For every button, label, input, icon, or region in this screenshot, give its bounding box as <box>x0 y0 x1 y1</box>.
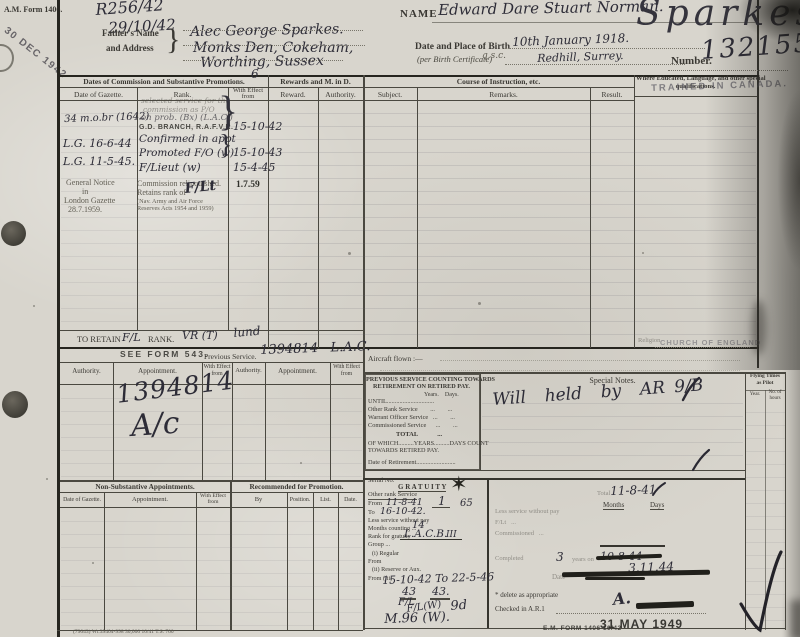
col-authority: Authority. <box>318 91 363 99</box>
col-remarks: Remarks. <box>417 91 590 99</box>
flying-col-hours-2: hours <box>765 396 785 401</box>
to-retain-vr: VR (T) <box>182 330 218 341</box>
surname-value: Sparkes <box>636 0 800 32</box>
retirement-warrant: Warrant Officer Service ... ... <box>368 415 455 422</box>
printers-imprint: (79043) Wt.39404-998 30,000 10/41 T.S. 7… <box>73 630 174 636</box>
ruled-area <box>269 101 756 346</box>
flying-col-hours-1: No. of <box>765 390 785 395</box>
retirement-of-which-2: TOWARDS RETIRED PAY. <box>368 448 439 455</box>
scan-speck <box>642 252 644 254</box>
punch-hole <box>2 391 28 418</box>
delete-as-appropriate-note: * delete as appropriate <box>495 592 558 599</box>
col-ns-wef-2: from <box>196 500 230 506</box>
col-promotion-list: List. <box>313 497 338 503</box>
ink-strike <box>585 577 645 580</box>
gratuity-days-value: 65 <box>460 499 473 509</box>
gratuity-rank-value: L.A.C.B. <box>404 529 447 540</box>
rule-line <box>556 613 706 614</box>
strike-line <box>400 539 462 540</box>
gratuity-from-2: From <box>368 559 381 566</box>
row0-rank-line1: selected service for the <box>141 97 230 105</box>
col-promotion-position: Position. <box>287 497 313 503</box>
ruled-area <box>61 386 362 478</box>
scan-blotch <box>752 300 766 355</box>
gratuity-num-1: 43 <box>402 586 416 597</box>
box-line <box>785 372 786 630</box>
row2-gazette: L.G. 11-5-45. <box>63 156 135 167</box>
birthplace-value: Redhill, Surrey. <box>537 50 624 64</box>
row2-rank: F/Lieut (w) <box>139 162 201 173</box>
rule-line <box>183 60 343 61</box>
scanned-form-page: A.M. Form 1406. 30 DEC 1942 R256/42 29/1… <box>0 0 800 637</box>
settlement-line-3: Commissioned ... <box>495 531 544 538</box>
box-line <box>363 478 745 480</box>
check-mark-icon <box>650 481 668 499</box>
religion-label: Religion <box>638 338 660 345</box>
retirement-title-2: RETIREMENT ON RETIRED PAY. <box>366 384 477 391</box>
fathers-name-label: Father's Name <box>102 29 159 38</box>
table-line <box>634 96 757 97</box>
gratuity-reference: M.96 (W). <box>384 611 450 626</box>
gratuity-serial-label: Serial No. <box>368 478 394 485</box>
row1-gazette: L.G. 16-6-44 <box>63 138 132 149</box>
row0-wef: 15-10-42 <box>233 121 282 132</box>
scan-speck <box>300 462 302 464</box>
col-subject: Subject. <box>363 91 417 99</box>
file-reference: R256/42 <box>95 0 164 18</box>
gratuity-months-value: 1 <box>438 495 446 507</box>
to-retain-label: TO RETAIN <box>77 335 121 344</box>
col-authority-2: Authority. <box>232 368 265 375</box>
col-wef-2a: With Effect <box>330 364 363 370</box>
gratuity-amount: 9d <box>450 599 467 613</box>
rule-line <box>668 70 788 71</box>
check-mark-icon <box>690 448 712 474</box>
previous-service-value: 1394814 L.A.C. <box>260 340 371 357</box>
rule-line <box>183 30 363 31</box>
col-promotion-date: Date. <box>338 497 363 503</box>
col-appointment-2: Appointment. <box>265 368 330 375</box>
check-mark-icon <box>680 376 702 404</box>
row2-wef: 15-4-45 <box>233 162 275 173</box>
punch-hole <box>1 221 26 246</box>
see-form-stamp: SEE FORM 543. <box>120 350 209 359</box>
box-line <box>487 478 489 628</box>
rank-label: RANK. <box>148 335 174 344</box>
scan-speck <box>46 478 48 480</box>
to-retain-note: lund <box>233 325 261 339</box>
table-line <box>60 362 363 363</box>
settlement-line-1: Less service without pay <box>495 509 559 516</box>
rule-line <box>600 545 665 547</box>
scan-blotch <box>790 600 800 637</box>
row3-gazette-line4: 28.7.1959. <box>68 206 102 214</box>
rule-line <box>655 347 750 348</box>
scan-speck <box>92 562 94 564</box>
col-wef-2b: from <box>330 371 363 377</box>
box-line <box>480 372 481 470</box>
scan-speck <box>33 305 35 307</box>
scan-speck <box>478 302 481 305</box>
col-reward: Reward. <box>268 91 318 99</box>
settlement-years-on-label: years on <box>572 557 594 564</box>
retirement-other-rank: Other Rank Service ... ... <box>368 407 452 414</box>
gratuity-group-label: Group ... <box>368 542 390 549</box>
commissions-title: Dates of Commission and Substantive Prom… <box>60 78 268 86</box>
scan-speck <box>348 252 351 255</box>
gratuity-num-2: 43. <box>432 586 450 597</box>
trained-in-canada-stamp: TRAINED IN CANADA. <box>651 79 788 93</box>
settlement-line-2: F/Lt ... <box>495 520 516 527</box>
retirement-date: Date of Retirement......................… <box>368 460 456 467</box>
aircraft-flown-label: Aircraft flown :— <box>368 355 423 363</box>
row3-gazette-line1: General Notice <box>66 179 115 187</box>
checked-initial: A. <box>612 590 632 608</box>
table-line <box>60 507 363 508</box>
non-substantive-title: Non-Substantive Appointments. <box>60 483 230 491</box>
retirement-until: UNTIL.............................. <box>368 399 434 406</box>
form-reference: A.M. Form 1406. <box>4 6 62 14</box>
star-mark: ✶ <box>450 473 468 495</box>
rule-line <box>440 360 740 361</box>
gratuity-regular: (i) Regular <box>372 551 399 558</box>
retirement-commissioned: Commissioned Service ... ... <box>368 423 458 430</box>
row3-wef: 1.7.59 <box>236 181 260 191</box>
dob-certificate-label: (per Birth Certificate) <box>417 55 492 64</box>
rule-line <box>505 64 685 65</box>
row3-rank-handwritten: F/Lt <box>184 179 217 196</box>
table-line <box>60 87 634 88</box>
settlement-months-label: Months <box>603 502 624 510</box>
settlement-days-label: Days <box>650 502 664 510</box>
brace-mark: } <box>219 131 232 160</box>
col-date-of-gazette: Date of Gazette. <box>60 91 137 99</box>
ruled-area <box>61 509 362 628</box>
fathers-address-label: and Address <box>106 44 154 53</box>
settlement-total-label: Total <box>597 491 610 498</box>
forenames-value: Edward Dare Stuart Norman. <box>438 0 664 18</box>
gratuity-to-value: 16-10-42. <box>380 507 426 517</box>
retirement-total: TOTAL ... <box>396 432 442 439</box>
dob-certificate-note: q.s.c. <box>482 52 506 61</box>
rule-line <box>432 507 450 508</box>
rewards-title: Rewards and M. in D. <box>268 78 363 86</box>
col-authority-1: Authority. <box>60 368 113 375</box>
religion-stamp: CHURCH OF ENGLAND <box>660 339 761 347</box>
rule-line <box>183 45 365 46</box>
checked-in-ar1-label: Checked in A.R.1 <box>495 606 545 613</box>
gratuity-to-label: To <box>368 510 375 517</box>
settlement-years-value: 3 <box>556 551 564 563</box>
flying-col-year: Year. <box>745 392 765 397</box>
col-result: Result. <box>590 91 634 99</box>
previous-service-label: Previous Service. <box>204 353 257 361</box>
footer-date-stamp: 31 MAY 1949 <box>600 618 683 630</box>
box-line <box>363 470 745 471</box>
rule-line <box>380 370 740 371</box>
row1-wef: 15-10-43 <box>233 147 282 158</box>
promotion-title: Recommended for Promotion. <box>230 483 363 491</box>
ink-strike <box>636 601 694 609</box>
flying-times-title-2: as Pilot <box>745 381 785 387</box>
settlement-completed-label: Completed <box>495 556 524 563</box>
name-label: NAME <box>400 9 438 21</box>
service-number-value: 132155 <box>700 30 800 64</box>
row3-rank-line4: Reserves Acts 1954 and 1959) <box>137 206 214 213</box>
flying-times-title-1: Flying Times <box>745 374 785 380</box>
check-mark-icon <box>737 548 785 636</box>
commissions-annotation: 6 <box>251 68 259 80</box>
brace-mark: } <box>166 24 180 56</box>
col-ns-appointment: Appointment. <box>104 497 196 504</box>
row3-rank-line2: Retains rank of <box>137 189 186 197</box>
to-retain-rank: F/L <box>122 332 141 343</box>
punch-hole-outline <box>0 44 14 72</box>
dob-value: 10th January 1918. <box>512 32 629 48</box>
gratuity-period-value: 15-10-42 To 22-5-46 <box>382 571 494 586</box>
address-line-2: Worthing, Sussex <box>200 54 324 70</box>
courses-title: Course of Instruction, etc. <box>363 78 634 86</box>
appointment-rank: A/c <box>130 409 181 442</box>
col-promotion-by: By <box>230 497 287 504</box>
col-ns-gazette: Date of Gazette. <box>60 497 104 503</box>
